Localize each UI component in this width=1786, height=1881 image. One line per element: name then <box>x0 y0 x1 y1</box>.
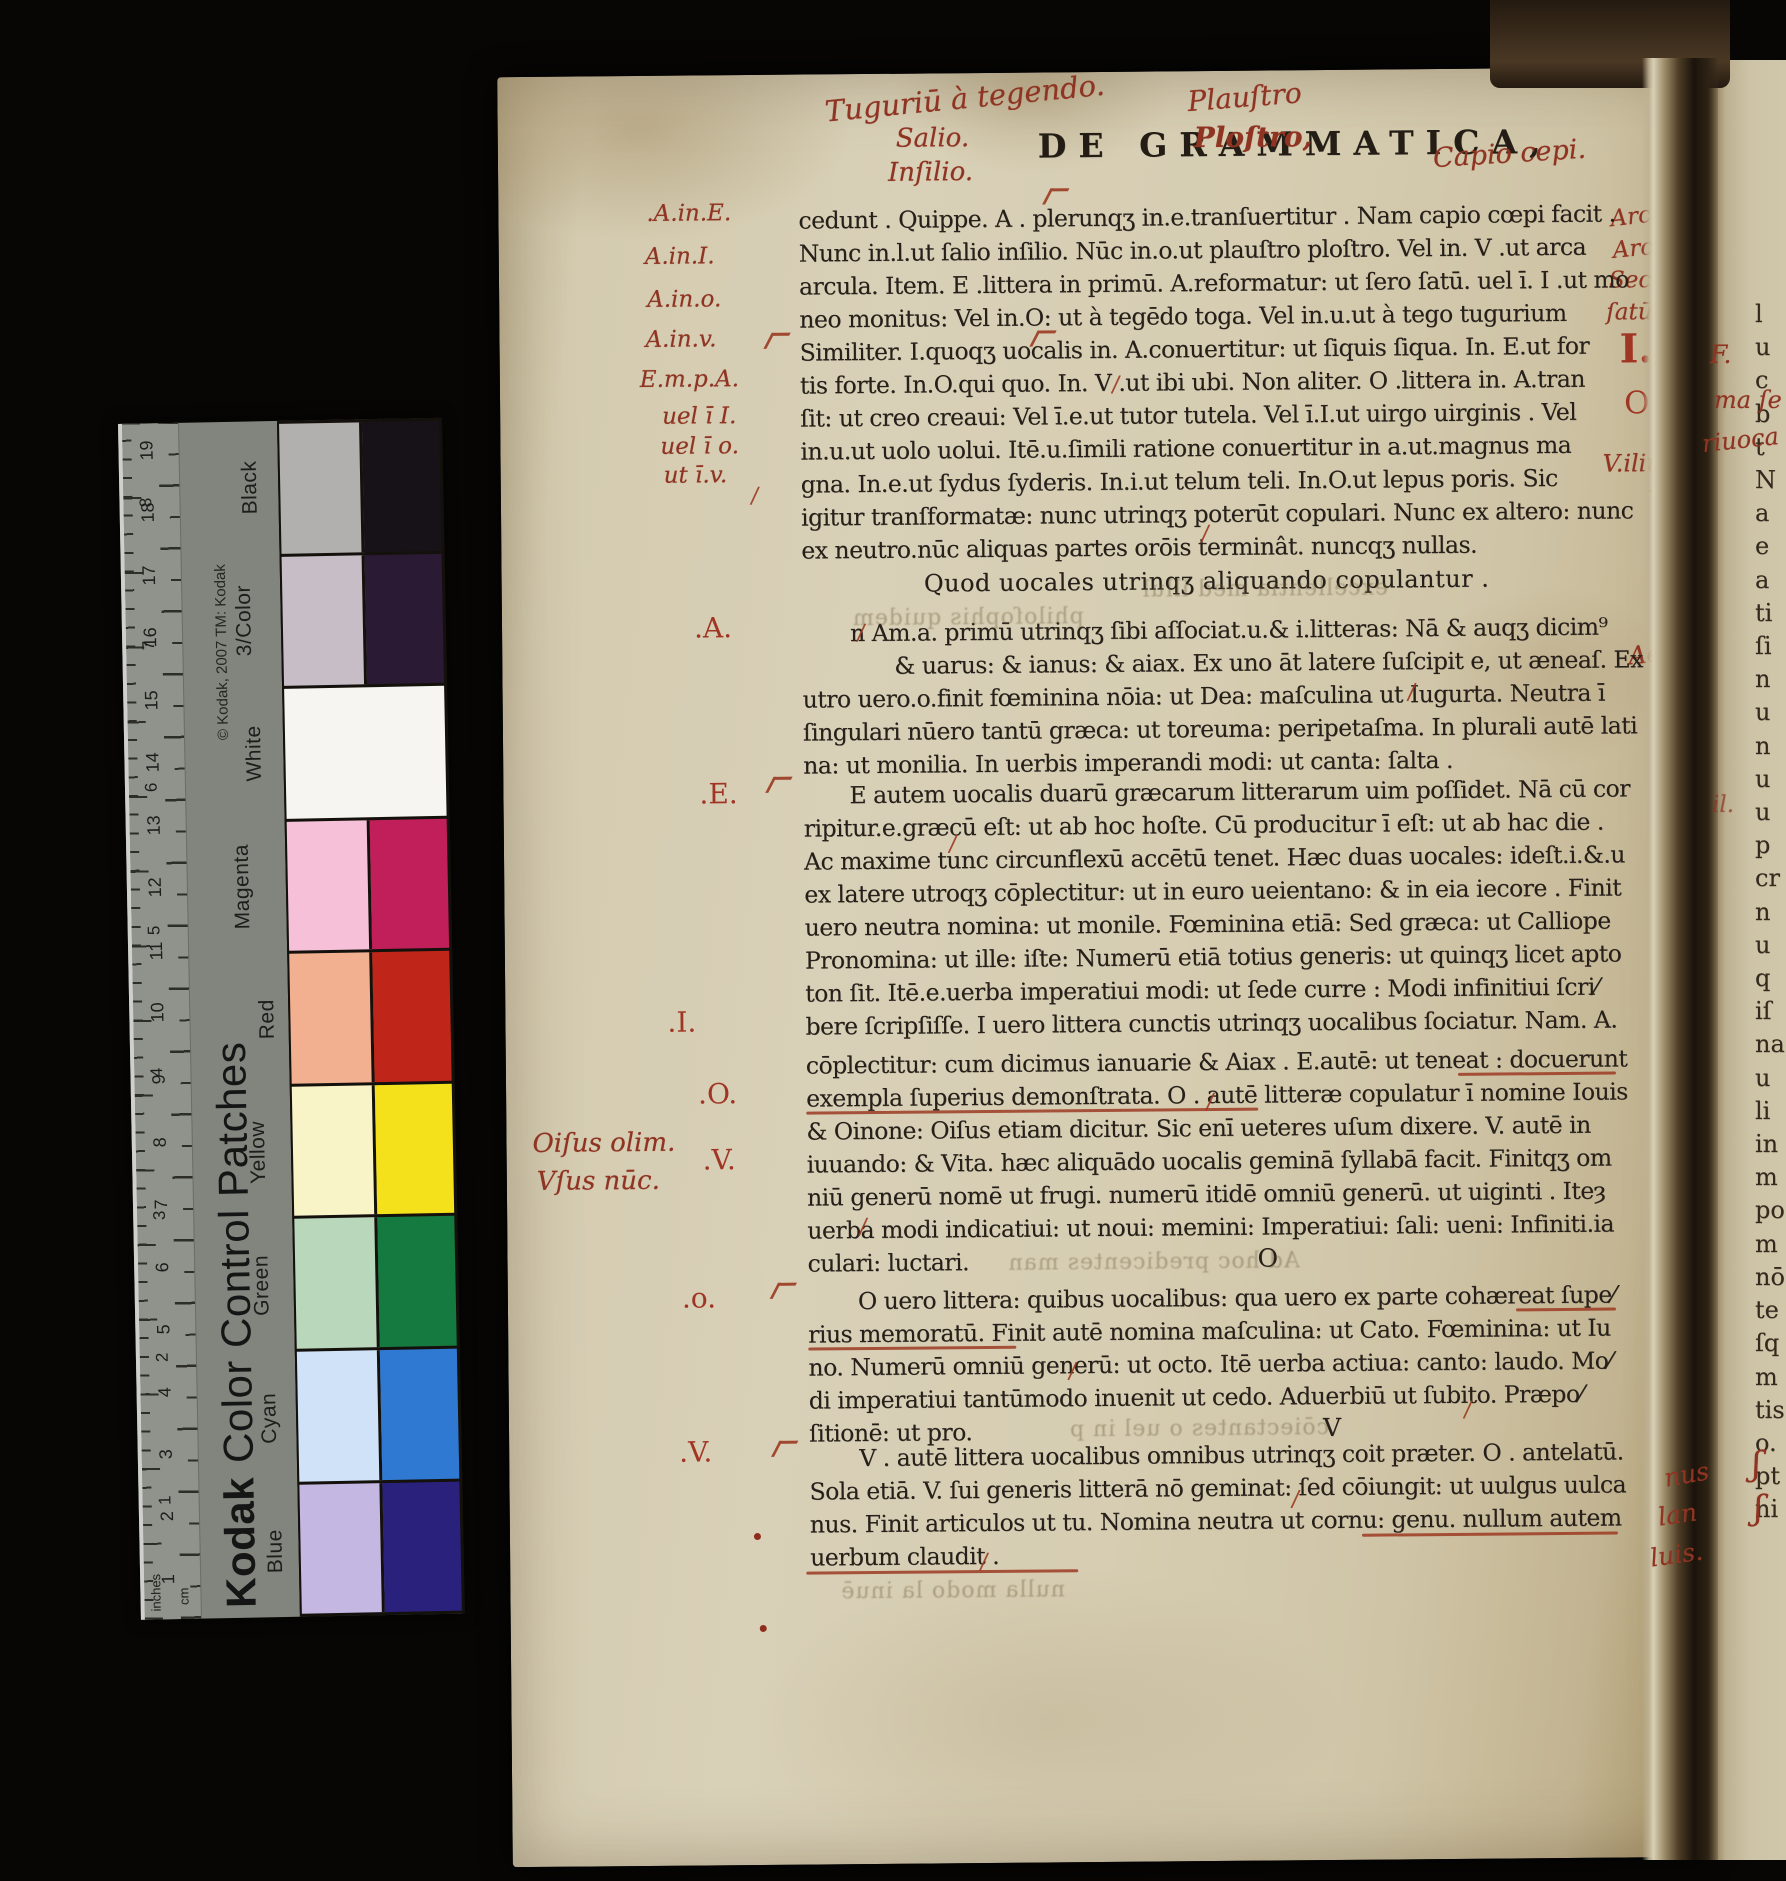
paragraph-mark-icon <box>770 1283 797 1299</box>
strip-title-text: Color Control Patches <box>207 1041 262 1463</box>
gutter-bracket-icon: ʃ <box>1752 1444 1761 1484</box>
cut-letter: n <box>1755 730 1785 763</box>
copyright-text: © Kodak, 2007 TM: Kodak <box>212 564 232 740</box>
ink-dot <box>754 1533 761 1540</box>
cm-number: 19 <box>139 440 153 460</box>
gloss-salio: Salio. <box>896 123 970 154</box>
scanned-book-spread: { "document": { "type": "early-printed-b… <box>0 0 1786 1881</box>
gloss-oisus-olim: Oiſus olim. <box>532 1128 675 1159</box>
paragraph-a-transformations: cedunt . Quippe. A . plerunqʒ in.e.tranſ… <box>798 197 1621 567</box>
patch-row <box>297 1349 459 1482</box>
cut-letter: u <box>1755 696 1785 729</box>
patch-full <box>362 421 441 552</box>
cut-letter: po <box>1755 1194 1785 1227</box>
cut-letter: u <box>1755 1062 1785 1095</box>
showthrough-text: Ad hoc predicentes man <box>1007 1248 1299 1276</box>
cut-letter: l <box>1755 298 1785 331</box>
cm-number: 14 <box>145 752 159 772</box>
paragraph-mark-icon <box>763 333 790 349</box>
showthrough-text: nulla modo la inuē <box>840 1577 1065 1604</box>
patch-label: Blue <box>263 1529 288 1573</box>
cm-number: 2 <box>160 1502 174 1522</box>
cm-number: 5 <box>156 1314 170 1334</box>
cm-number: 18 <box>141 503 155 523</box>
paragraph-vowel-e: E autem uocalis duarū græcarum litteraru… <box>803 772 1625 1043</box>
kodak-color-control-strip: 12345678 12345678910111213141516171819 i… <box>118 418 463 1620</box>
cut-letter: iſ <box>1755 995 1785 1028</box>
gloss-insilio: Inſilio. <box>888 157 973 188</box>
patch-label: Magenta <box>229 844 255 930</box>
margin-note-left: uel ī o. <box>660 433 739 460</box>
patch-pastel <box>289 952 374 1083</box>
patch-label: 3/Color <box>232 585 257 657</box>
patch-row <box>299 1481 461 1614</box>
patch-label: Black <box>238 461 263 515</box>
margin-note-left: A.in.o. <box>647 286 721 313</box>
patch-label-cell: 3/Color <box>182 554 284 689</box>
margin-initial: .A. <box>694 611 732 644</box>
patch-pastel <box>294 1218 379 1349</box>
patch-row <box>287 818 449 951</box>
margin-initial: .V. <box>703 1143 736 1176</box>
cut-letter: u <box>1755 796 1785 829</box>
gloss-vsus-nunc: Vſus nūc. <box>537 1166 660 1197</box>
margin-note-left: E.m.p.A. <box>640 366 739 393</box>
patch-label: White <box>242 725 267 782</box>
cut-letter: u <box>1755 331 1785 364</box>
paragraph-vowel-i-o: cōplectitur: cum dicimus ianuarie & Aiax… <box>806 1042 1628 1280</box>
gloss-plostro: Ploſtro, <box>1194 120 1313 154</box>
cm-number: 7 <box>154 1189 168 1209</box>
text-line: uerbum claudit . <box>810 1534 1630 1574</box>
patch-row <box>282 553 444 686</box>
cut-letter: ſq <box>1755 1327 1785 1360</box>
kodak-brand: Kodak <box>215 1477 265 1609</box>
showthrough-text: excellentia med illul <box>1142 575 1389 602</box>
cut-letter: ſi <box>1755 630 1785 663</box>
cut-letter: na <box>1755 1028 1785 1061</box>
cut-letter: m <box>1755 1228 1785 1261</box>
color-patches <box>277 418 465 1617</box>
patch-row <box>289 951 451 1084</box>
facing-page-letters: lucbtNaeatiſinunuupcrnuqiſnauliinmpomnōt… <box>1755 298 1785 1527</box>
cm-number: 3 <box>158 1439 172 1459</box>
margin-initial: .o. <box>682 1281 716 1314</box>
cut-letter: N <box>1755 464 1785 497</box>
patch-row <box>279 421 441 554</box>
gutter-gloss: F. <box>1710 340 1731 369</box>
paragraph-mark-icon <box>771 1441 798 1457</box>
patch-row <box>292 1084 454 1217</box>
cm-number: 8 <box>152 1127 166 1147</box>
gloss-tugurium: Tuguriū à tegendo. <box>823 68 1106 129</box>
ink-dot <box>760 1625 767 1632</box>
cut-letter: e <box>1755 530 1785 563</box>
cm-number: 6 <box>155 1252 169 1272</box>
paragraph-vowel-a: n Am.a. primū utrinqʒ ſibi aſſociat.u.& … <box>802 610 1623 782</box>
patch-pastel <box>279 422 364 553</box>
cut-letter: m <box>1755 1361 1785 1394</box>
patch-full <box>380 1349 459 1480</box>
cut-letter: q <box>1755 962 1785 995</box>
patch-pastel <box>284 686 446 819</box>
cut-letter: a <box>1755 497 1785 530</box>
patch-label-cell: Black <box>179 421 281 556</box>
cut-letter: n <box>1755 663 1785 696</box>
patch-pastel <box>299 1483 384 1614</box>
patch-pastel <box>287 820 372 951</box>
patch-full <box>375 1084 454 1215</box>
cut-letter: u <box>1755 763 1785 796</box>
page-gutter-shadow <box>1642 58 1718 1860</box>
gloss-plaustro: Plauſtro <box>1186 76 1303 118</box>
patch-full <box>372 951 451 1082</box>
margin-initial: .E. <box>699 777 738 810</box>
margin-note-left: ut ī.v. <box>664 462 728 489</box>
cut-letter: u <box>1755 929 1785 962</box>
cm-number: 13 <box>146 815 160 835</box>
cut-letter: nō <box>1755 1261 1785 1294</box>
patch-pastel <box>297 1350 382 1481</box>
patch-pastel <box>292 1085 377 1216</box>
margin-initial: .I. <box>667 1006 696 1039</box>
showthrough-text: philoſophis quidem <box>852 604 1084 631</box>
patch-label-cell: Magenta <box>187 820 289 955</box>
cm-number: 15 <box>144 690 158 710</box>
patch-full <box>365 553 444 684</box>
patch-row <box>294 1216 456 1349</box>
cm-number: 10 <box>150 1002 164 1022</box>
patch-row <box>284 686 446 819</box>
cm-number: 16 <box>143 628 157 648</box>
margin-initial: .O. <box>698 1077 737 1110</box>
paragraph-vowel-v: V . autē littera uocalibus omnibus utrin… <box>809 1435 1630 1574</box>
patch-full <box>382 1481 461 1612</box>
cm-number: 17 <box>142 565 156 585</box>
gutter-gloss: lan <box>1656 1497 1699 1531</box>
margin-note-left: A.in.I. <box>645 243 715 270</box>
unit-label-cm: cm <box>176 1587 191 1605</box>
margin-note-left: A.in.v. <box>645 326 716 353</box>
cut-letter: ti <box>1755 597 1785 630</box>
patch-label-cell: White <box>184 687 286 822</box>
cut-letter: li <box>1755 1095 1785 1128</box>
cut-letter: a <box>1755 564 1785 597</box>
unit-label-inches: inches <box>148 1574 164 1612</box>
red-stroke-icon: / <box>749 483 760 510</box>
margin-initial: .V. <box>679 1435 712 1468</box>
cm-number: 9 <box>151 1065 165 1085</box>
cut-letter: tis <box>1755 1394 1785 1427</box>
cm-number: 12 <box>148 877 162 897</box>
margin-note-left: uel ī I. <box>662 403 736 430</box>
paragraph-mark-icon <box>765 777 792 793</box>
showthrough-text: cōiectantes o uel in p <box>1069 1415 1329 1442</box>
book-page: DE GRAMMATICA, Tuguriū à tegendo. Salio.… <box>497 67 1705 1867</box>
cm-number: 11 <box>149 940 163 960</box>
patch-full <box>370 818 449 949</box>
patch-pastel <box>282 555 367 686</box>
cm-number: 4 <box>157 1377 171 1397</box>
gutter-bracket-icon: ʃ <box>1754 1488 1763 1528</box>
patch-label: Red <box>255 999 280 1039</box>
cut-letter: te <box>1755 1294 1785 1327</box>
cut-letter: in <box>1755 1128 1785 1161</box>
margin-note-left: .A.in.E. <box>646 200 731 227</box>
cut-letter: n <box>1755 896 1785 929</box>
gutter-gloss: ma ſe <box>1714 386 1782 414</box>
gutter-gloss: il. <box>1712 792 1734 818</box>
patch-full <box>377 1216 456 1347</box>
cut-letter: p <box>1755 829 1785 862</box>
text-line: bere ſcripſiſſe. I uero littera cunctis … <box>805 1003 1625 1043</box>
cut-letter: cr <box>1755 862 1785 895</box>
text-line: ex neutro.nūc aliquas partes orōis termi… <box>801 527 1621 567</box>
cut-letter: m <box>1755 1161 1785 1194</box>
